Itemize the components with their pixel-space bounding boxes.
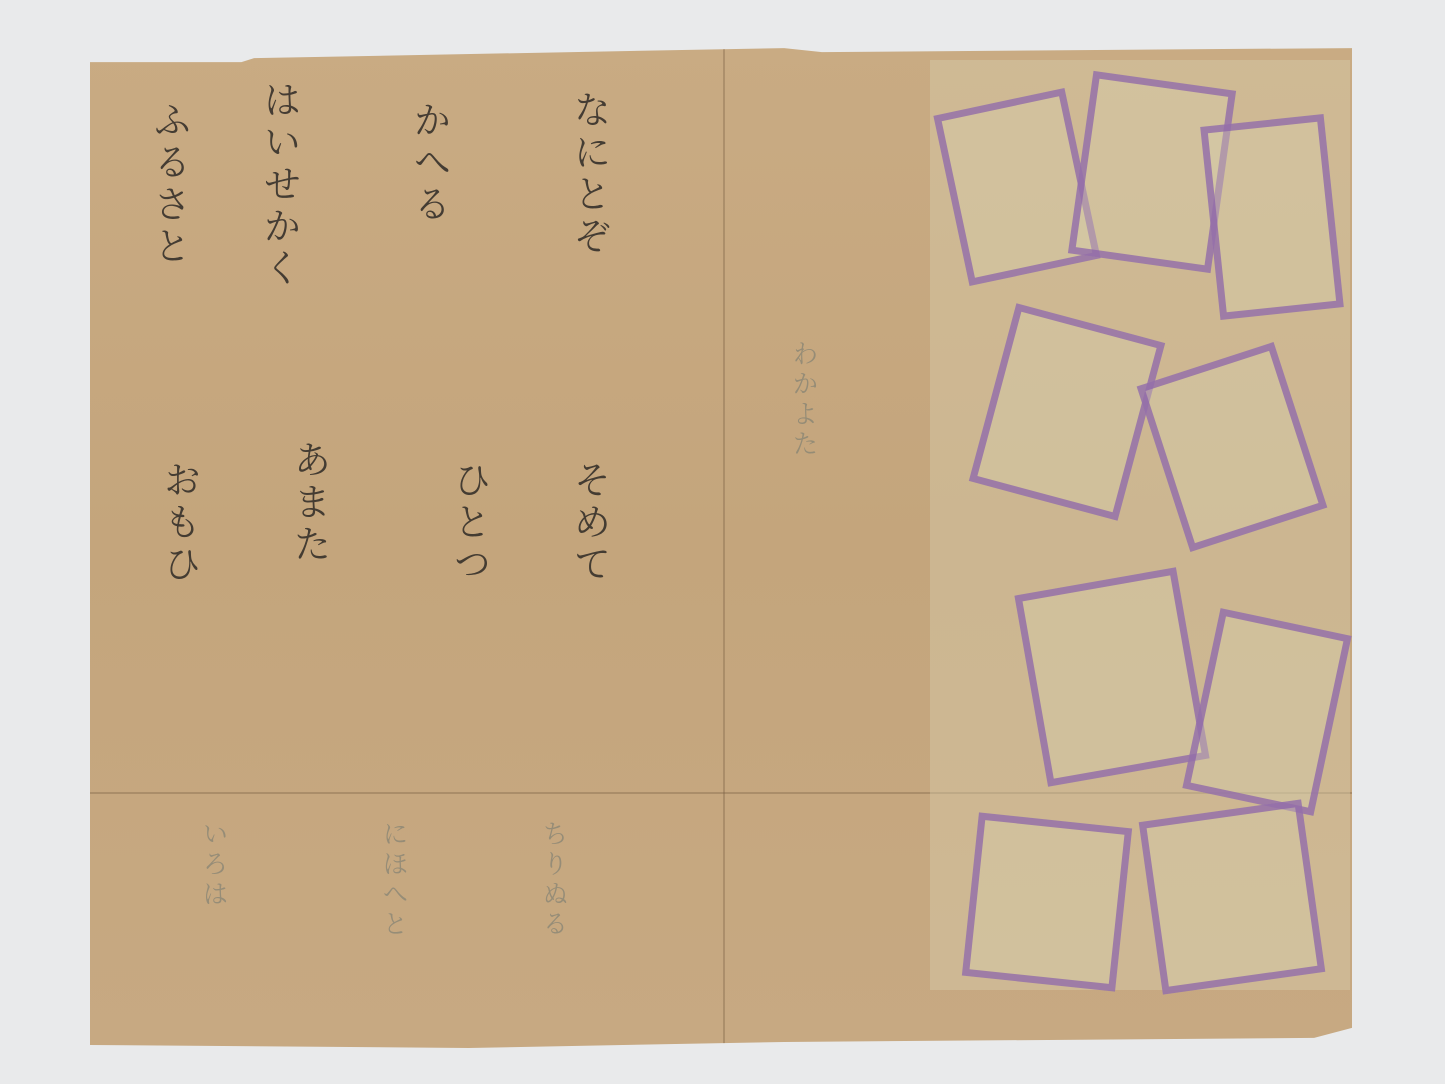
stamped-card [962, 812, 1132, 991]
stamped-card [933, 88, 1100, 286]
stamped-card [1137, 342, 1328, 552]
faint-calligraphy-column: にほへと [380, 820, 406, 940]
faint-calligraphy-column: わかよた [790, 340, 816, 460]
calligraphy-column: おもひ [160, 460, 198, 586]
faint-calligraphy-column: いろは [200, 820, 226, 910]
stamped-card [969, 303, 1165, 521]
aged-paper-sheet: はいせかく ふるさと かへる なにとぞ おもひ あまた ひとつ そめて いろは … [90, 40, 1352, 1048]
calligraphy-column: そめて [570, 460, 608, 586]
calligraphy-column: かへる [410, 100, 448, 226]
calligraphy-column: なにとぞ [570, 90, 608, 258]
calligraphy-column: あまた [290, 440, 328, 566]
stamped-card [1182, 608, 1351, 816]
faint-calligraphy-column: ちりぬる [540, 820, 566, 940]
stamped-card [1014, 567, 1209, 787]
calligraphy-column: ひとつ [450, 460, 488, 586]
vertical-fold-line [723, 40, 725, 1048]
stamped-card [1139, 799, 1326, 994]
stamped-card [1200, 114, 1344, 320]
calligraphy-column: はいせかく [260, 80, 298, 290]
stamped-card-region [930, 60, 1350, 990]
calligraphy-column: ふるさと [150, 100, 188, 268]
